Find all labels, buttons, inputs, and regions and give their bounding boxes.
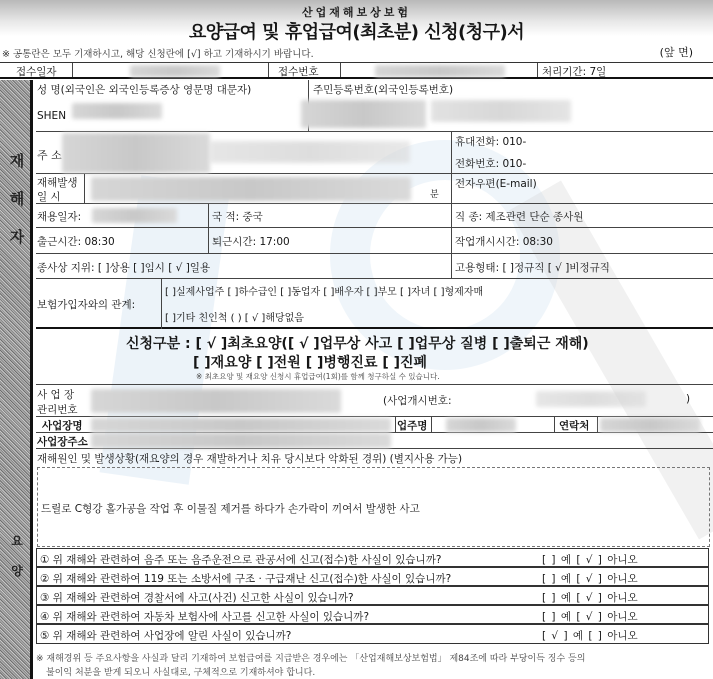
redacted-business-number [91,389,341,413]
business-address-row: 사업장주소 [36,433,713,449]
hire-row: 채용일자: 국 적: 중국 직 종: 제조관련 단순 종사원 [36,204,713,228]
redacted-receipt-number [375,65,505,77]
processing-period: 처리기간: 7일 [542,64,606,79]
accident-datetime-label: 일 시 [37,189,61,204]
application-type-line1[interactable]: 신청구분 : [ √ ]최초요양([ √ ]업무상 사고 [ ]업무상 질병 [… [126,333,589,353]
divider [451,204,452,228]
divider [451,174,452,204]
relation-checkboxes[interactable]: [ ]실제사업주 [ ]하수급인 [ ]동업자 [ ]배우자 [ ]부모 [ ]… [165,283,483,298]
business-start-number-label: (사업개시번호: [383,393,452,408]
hire-date-label: 채용일자: [37,209,81,224]
redacted-name [72,103,162,119]
divider [84,174,85,204]
email-label: 전자우편(E-mail) [455,176,537,191]
question-text: ③ 위 재해와 관련하여 경찰서에 사고(사건) 신고한 사실이 있습니까? [40,590,354,605]
business-name-label: 사업장명 [42,418,83,433]
question-answer[interactable]: [ ] 예 [ √ ] 아니오 [542,571,638,586]
business-number-row: 사 업 장 관리번호 (사업개시번호: ) [36,385,713,417]
minute-suffix: 분 [430,187,439,200]
divider [451,254,452,279]
question-text: ① 위 재해와 관련하여 음주 또는 음주운전으로 관공서에 신고(접수)한 사… [40,552,441,567]
divider [208,204,209,228]
receipt-row: 접수일자 접수번호 처리기간: 7일 [0,62,713,79]
form-title: 요양급여 및 휴업급여(최초분) 신청(청구)서 [0,18,713,44]
question-row: ② 위 재해와 관련하여 119 또는 소방서에 구조 · 구급재난 신고(접수… [36,567,709,586]
divider [451,132,452,174]
redacted-address [62,133,210,173]
owner-name-label: 업주명 [397,418,427,433]
employee-status-checkboxes[interactable]: 종사상 지위: [ ]상용 [ ]임시 [ √ ]일용 [37,260,210,275]
telephone[interactable]: 전화번호: 010- [455,156,526,171]
receipt-date-label: 접수일자 [16,64,57,79]
divider [554,417,555,433]
divider [395,417,396,433]
section-label-strip: 재 해 자 요 양 [0,80,33,679]
question-answer[interactable]: [ √ ] 예 [ ] 아니오 [542,628,638,643]
redacted-start-number [536,391,646,407]
occupation: 직 종: 제조관련 단순 종사원 [455,209,583,224]
strip-char: 요 [8,530,26,552]
accident-datetime-row: 재해발생 일 시 분 전자우편(E-mail) [36,174,713,204]
divider [161,279,162,329]
question-answer[interactable]: [ ] 예 [ √ ] 아니오 [542,609,638,624]
strip-char: 재 [8,150,26,172]
redacted-business-address [91,433,391,448]
business-number-label: 사 업 장 [37,387,74,402]
page-side-label: (앞 면) [660,44,693,60]
relation-row: 보험가입자와의 관계: [ ]실제사업주 [ ]하수급인 [ ]동업자 [ ]배… [36,279,713,329]
question-row: ③ 위 재해와 관련하여 경찰서에 사고(사건) 신고한 사실이 있습니까? [… [36,586,709,605]
mobile-phone[interactable]: 휴대전화: 010- [455,134,526,149]
accident-cause-description[interactable]: 드릴로 C형강 홀가공을 작업 후 이물질 제거를 하다가 손가락이 끼여서 발… [41,501,420,516]
divider [537,63,538,77]
start-time: 출근시간: 08:30 [37,234,115,249]
relation-checkboxes-other[interactable]: [ ]기타 친인척 ( ) [ √ ]해당없음 [165,309,304,324]
relation-label: 보험가입자와의 관계: [37,297,135,312]
question-answer[interactable]: [ ] 예 [ √ ] 아니오 [542,590,638,605]
address-row: 주 소 휴대전화: 010- 전화번호: 010- [36,132,713,174]
application-type-section: 신청구분 : [ √ ]최초요양([ √ ]업무상 사고 [ ]업무상 질병 [… [36,330,713,385]
redacted-contact [600,418,700,432]
name-label: 성 명(외국인은 외국인등록증상 영문명 대문자) [37,82,251,97]
instruction-note: ※ 공통란은 모두 기재하시고, 해당 신청란에 [√] 하고 기재하시기 바랍… [2,46,314,60]
accident-datetime-label: 재해발생 [37,175,78,190]
footer-line: 불이익 처분을 받게 되오니 사실대로, 구체적으로 기재하셔야 합니다. [36,666,585,679]
question-answer[interactable]: [ ] 예 [ √ ] 아니오 [542,552,638,567]
question-row: ④ 위 재해와 관련하여 자동차 보험사에 사고를 신고한 사실이 있습니까? … [36,605,709,624]
redacted-business-name [91,418,391,432]
question-text: ⑤ 위 재해와 관련하여 사업장에 알린 사실이 있습니까? [40,628,291,643]
question-text: ④ 위 재해와 관련하여 자동차 보험사에 사고를 신고한 사실이 있습니까? [40,609,369,624]
name-value[interactable]: SHEN [37,110,66,122]
divider [597,417,598,433]
nationality: 국 적: 중국 [212,209,263,224]
footer-note: ※ 재해경위 등 주요사항을 사실과 달리 기재하여 보험급여를 지급받은 경우… [36,652,585,679]
business-name-row: 사업장명 업주명 연락처 [36,417,713,433]
business-address-label: 사업장주소 [37,434,88,449]
question-row: ① 위 재해와 관련하여 음주 또는 음주운전으로 관공서에 신고(접수)한 사… [36,548,709,567]
receipt-number-label: 접수번호 [278,64,319,79]
footer-line: ※ 재해경위 등 주요사항을 사실과 달리 기재하여 보험급여를 지급받은 경우… [36,652,585,666]
redacted-accident-datetime [91,177,411,201]
strip-char: 해 [8,188,26,210]
redacted-receipt-date [130,65,220,77]
accident-cause-box[interactable]: 드릴로 C형강 홀가공을 작업 후 이물질 제거를 하다가 손가락이 끼여서 발… [37,467,710,547]
divider [208,228,209,254]
business-number-label: 관리번호 [37,402,78,417]
name-row: 성 명(외국인은 외국인등록증상 영문명 대문자) SHEN 주민등록번호(외국… [36,80,713,132]
strip-char: 양 [8,560,26,582]
employment-type-checkboxes[interactable]: 고용형태: [ ]정규직 [ √ ]비정규직 [455,260,610,275]
address-label: 주 소 [37,147,62,163]
question-row: ⑤ 위 재해와 관련하여 사업장에 알린 사실이 있습니까? [ √ ] 예 [… [36,624,709,644]
divider [72,63,73,77]
end-time: 퇴근시간: 17:00 [212,234,290,249]
application-type-line2[interactable]: [ ]재요양 [ ]전원 [ ]병행진료 [ ]진폐 [193,352,427,372]
application-note: ※ 최초요양 및 재요양 신청시 휴업급여(1회)를 함께 청구하실 수 있습니… [196,371,440,382]
id-number-label: 주민등록번호(외국인등록번호) [313,82,453,97]
divider [431,417,432,433]
strip-char: 자 [8,226,26,248]
redacted-id-number [431,100,571,122]
accident-cause-header: 재해원인 및 발생상황(재요양의 경우 재발하거나 치유 당시보다 악화된 경위… [36,449,713,467]
accident-cause-label: 재해원인 및 발생상황(재요양의 경우 재발하거나 치유 당시보다 악화된 경위… [37,451,462,466]
application-form-page: 산업재해보상보험 요양급여 및 휴업급여(최초분) 신청(청구)서 ※ 공통란은… [0,0,713,679]
divider [268,63,269,77]
divider [451,228,452,254]
employment-status-row: 종사상 지위: [ ]상용 [ ]임시 [ √ ]일용 고용형태: [ ]정규직… [36,254,713,279]
contact-label: 연락처 [559,418,589,433]
work-times-row: 출근시간: 08:30 퇴근시간: 17:00 작업개시시간: 08:30 [36,228,713,254]
redacted-owner-name [446,418,516,432]
work-start-time: 작업개시시간: 08:30 [455,234,553,249]
divider [340,63,341,77]
close-paren: ) [686,393,690,405]
redacted-id-number [301,100,426,128]
redacted-address [210,141,410,163]
redacted-hire-date [92,208,177,223]
question-text: ② 위 재해와 관련하여 119 또는 소방서에 구조 · 구급재난 신고(접수… [40,571,451,586]
